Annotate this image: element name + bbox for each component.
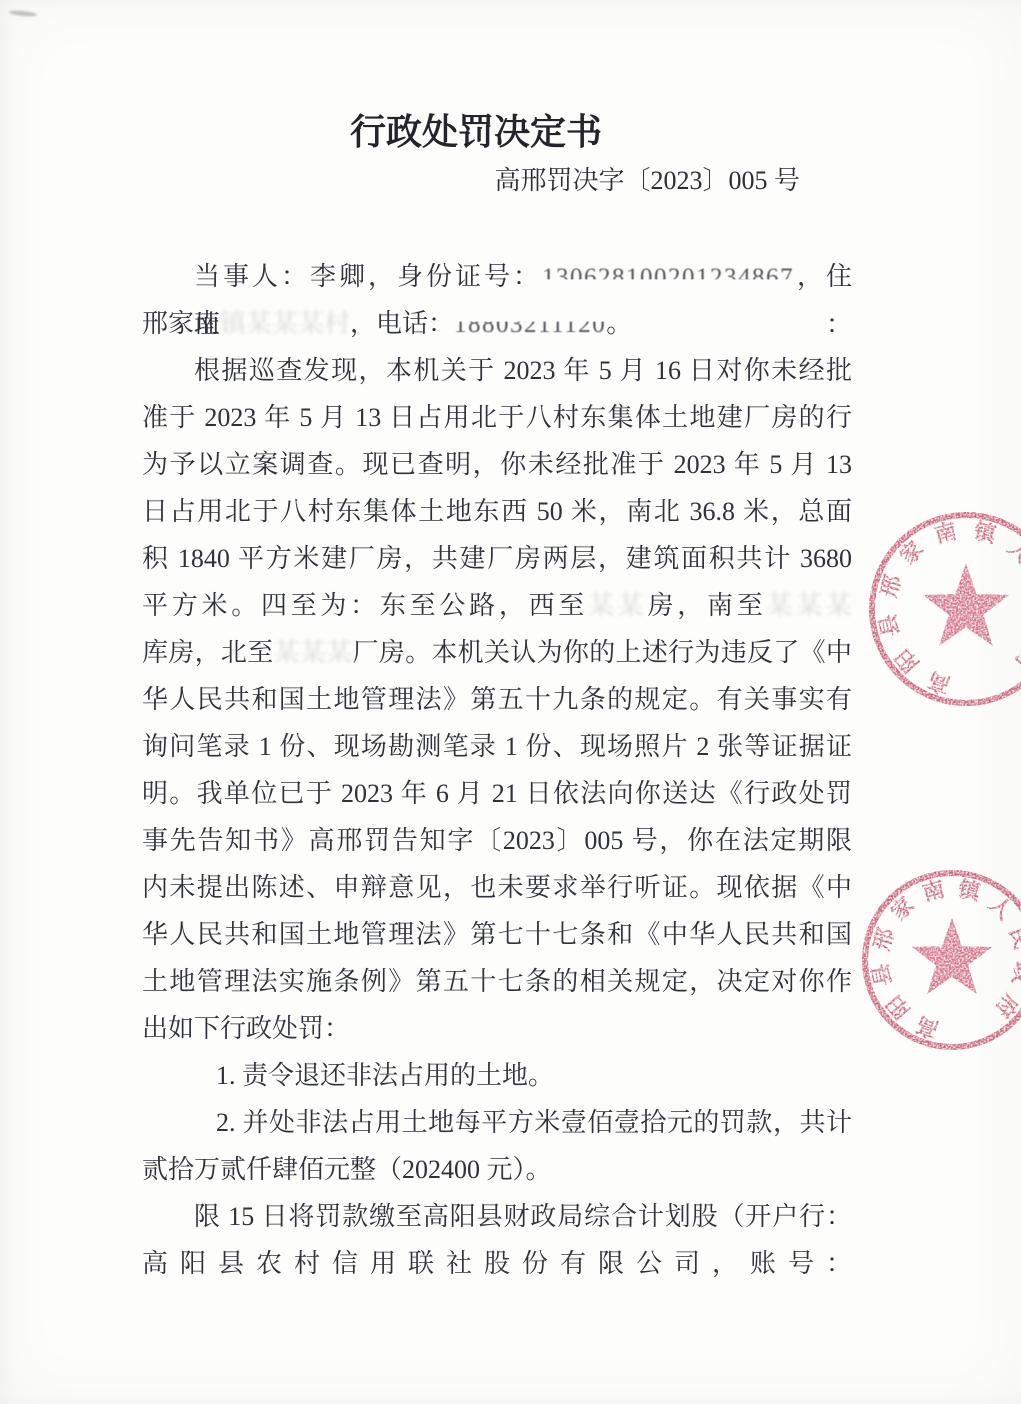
scanned-document-page: 行政处罚决定书 高邢罚决字〔2023〕005 号 当事人：李卿，身份证号：130…: [0, 0, 1021, 1404]
line-text: 平方米。四至为：东至公路，西至: [142, 591, 588, 620]
line-text: 准于 2023 年 5 月 13 日占用北于八村东集体土地建厂房的行: [142, 403, 852, 432]
line-text: 为予以立案调查。现已查明，你未经批准于 2023 年 5 月 13: [142, 450, 852, 479]
svg-text:镇: 镇: [956, 876, 985, 906]
svg-text:府: 府: [1009, 643, 1021, 676]
svg-text:县: 县: [868, 961, 897, 988]
seal-star-icon: [923, 563, 1010, 646]
line-text: 限 15 日将罚款缴至高阳县财政局综合计划股（开户行：: [194, 1202, 852, 1231]
text-line: 2. 并处非法占用土地每平方米壹佰壹拾元的罚款，共计: [142, 1099, 852, 1146]
text-line: 限 15 日将罚款缴至高阳县财政局综合计划股（开户行：: [142, 1193, 852, 1240]
line-text: 询问笔录 1 份、现场勘测笔录 1 份、现场照片 2 张等证据证: [142, 732, 852, 761]
redacted-text: 镇某某某村: [220, 309, 350, 338]
svg-text:人: 人: [984, 891, 1017, 924]
text-line: 1. 责令退还非法占用的土地。: [142, 1052, 852, 1099]
text-line: 土地管理法实施条例》第五十七条的相关规定，决定对你作: [142, 958, 852, 1005]
svg-text:政: 政: [1008, 960, 1021, 986]
svg-text:高: 高: [925, 667, 954, 698]
line-text: 2. 并处非法占用土地每平方米壹佰壹拾元的罚款，共计: [216, 1108, 852, 1137]
line-text: 贰拾万贰仟肆佰元整（202400 元）。: [142, 1155, 552, 1184]
text-line: 为予以立案调查。现已查明，你未经批准于 2023 年 5 月 13: [142, 441, 852, 488]
text-line: 平方米。四至为：东至公路，西至某某房，南至某某某: [142, 582, 852, 629]
line-text: 土地管理法实施条例》第五十七条的相关规定，决定对你作: [142, 967, 852, 996]
official-seal-top: 高阳县邢家南镇人民政府: [853, 496, 1021, 722]
text-line: 当事人：李卿，身份证号：130628100201234867，住址：: [142, 253, 852, 300]
svg-text:阳: 阳: [881, 990, 914, 1023]
svg-text:家: 家: [895, 536, 928, 569]
svg-text:府: 府: [990, 989, 1021, 1022]
line-text: 。: [606, 309, 632, 338]
text-line: 根据巡查发现，本机关于 2023 年 5 月 16 日对你未经批: [142, 347, 852, 394]
redacted-text: 某某: [588, 591, 647, 620]
official-seal-bottom: 高阳县邢家南镇人民政府: [846, 854, 1021, 1066]
redacted-text: 某某某: [274, 638, 353, 667]
text-line: 日占用北于八村东集体土地东西 50 米，南北 36.8 米，总面: [142, 488, 852, 535]
text-line: 明。我单位已于 2023 年 6 月 21 日依法向你送达《行政处罚: [142, 770, 852, 817]
svg-text:南: 南: [920, 876, 948, 906]
text-line: 高阳县农村信用联社股份有限公司，账号：: [142, 1240, 852, 1287]
document-number: 高邢罚决字〔2023〕005 号: [140, 160, 800, 197]
scan-artifact: [9, 10, 37, 18]
seal-star-icon: [912, 918, 992, 995]
redacted-text: 130628100201234867: [542, 254, 794, 301]
line-text: 出如下行政处罚：: [142, 1014, 350, 1043]
line-text: 事先告知书》高邢罚告知字〔2023〕005 号，你在法定期限: [142, 826, 852, 855]
redacted-text: 某某某: [766, 591, 851, 620]
line-text: 内未提出陈述、申辩意见，也未要求举行听证。现依据《中: [142, 873, 852, 902]
svg-text:人: 人: [1003, 535, 1021, 568]
text-line: 准于 2023 年 5 月 13 日占用北于八村东集体土地建厂房的行: [142, 394, 852, 441]
svg-text:镇: 镇: [971, 518, 1000, 548]
svg-text:高: 高: [913, 1012, 942, 1043]
svg-text:阳: 阳: [890, 644, 923, 677]
svg-text:民: 民: [1005, 924, 1021, 953]
line-text: 邢家南: [142, 309, 220, 338]
text-line: 出如下行政处罚：: [142, 1005, 852, 1052]
svg-text:邢: 邢: [876, 572, 906, 600]
text-line: 库房，北至某某某厂房。本机关认为你的上述行为违反了《中: [142, 629, 852, 676]
line-text: 明。我单位已于 2023 年 6 月 21 日依法向你送达《行政处罚: [142, 779, 852, 808]
line-text: 根据巡查发现，本机关于 2023 年 5 月 16 日对你未经批: [194, 356, 852, 385]
line-text: 日占用北于八村东集体土地东西 50 米，南北 36.8 米，总面: [142, 497, 852, 526]
svg-text:邢: 邢: [868, 925, 898, 953]
line-text: 厂房。本机关认为你的上述行为违反了《中: [352, 638, 852, 667]
text-line: 内未提出陈述、申辩意见，也未要求举行听证。现依据《中: [142, 864, 852, 911]
document-body: 当事人：李卿，身份证号：130628100201234867，住址：邢家南镇某某…: [142, 253, 852, 1287]
svg-text:南: 南: [932, 518, 960, 548]
text-line: 积 1840 平方米建厂房，共建厂房两层，建筑面积共计 3680: [142, 535, 852, 582]
text-line: 询问笔录 1 份、现场勘测笔录 1 份、现场照片 2 张等证据证: [142, 723, 852, 770]
text-line: 华人民共和国土地管理法》第五十九条的规定。有关事实有: [142, 676, 852, 723]
text-line: 事先告知书》高邢罚告知字〔2023〕005 号，你在法定期限: [142, 817, 852, 864]
line-text: ，电话：: [350, 309, 454, 338]
text-line: 华人民共和国土地管理法》第七十七条和《中华人民共和国: [142, 911, 852, 958]
svg-text:家: 家: [886, 892, 919, 925]
line-text: 1. 责令退还非法占用的土地。: [216, 1061, 554, 1090]
line-text: 高阳县农村信用联社股份有限公司，账号：: [142, 1249, 852, 1278]
svg-text:县: 县: [875, 612, 904, 639]
line-text: 华人民共和国土地管理法》第七十七条和《中华人民共和国: [142, 920, 852, 949]
line-text: 库房，北至: [142, 638, 274, 667]
line-text: 当事人：李卿，身份证号：: [194, 262, 542, 291]
text-line: 贰拾万贰仟肆佰元整（202400 元）。: [142, 1146, 852, 1193]
line-text: 房，南至: [648, 591, 767, 620]
line-text: 积 1840 平方米建厂房，共建厂房两层，建筑面积共计 3680: [142, 544, 852, 573]
line-text: 华人民共和国土地管理法》第五十九条的规定。有关事实有: [142, 685, 852, 714]
document-title: 行政处罚决定书: [120, 104, 832, 156]
redacted-text: 18803211120: [454, 301, 606, 348]
